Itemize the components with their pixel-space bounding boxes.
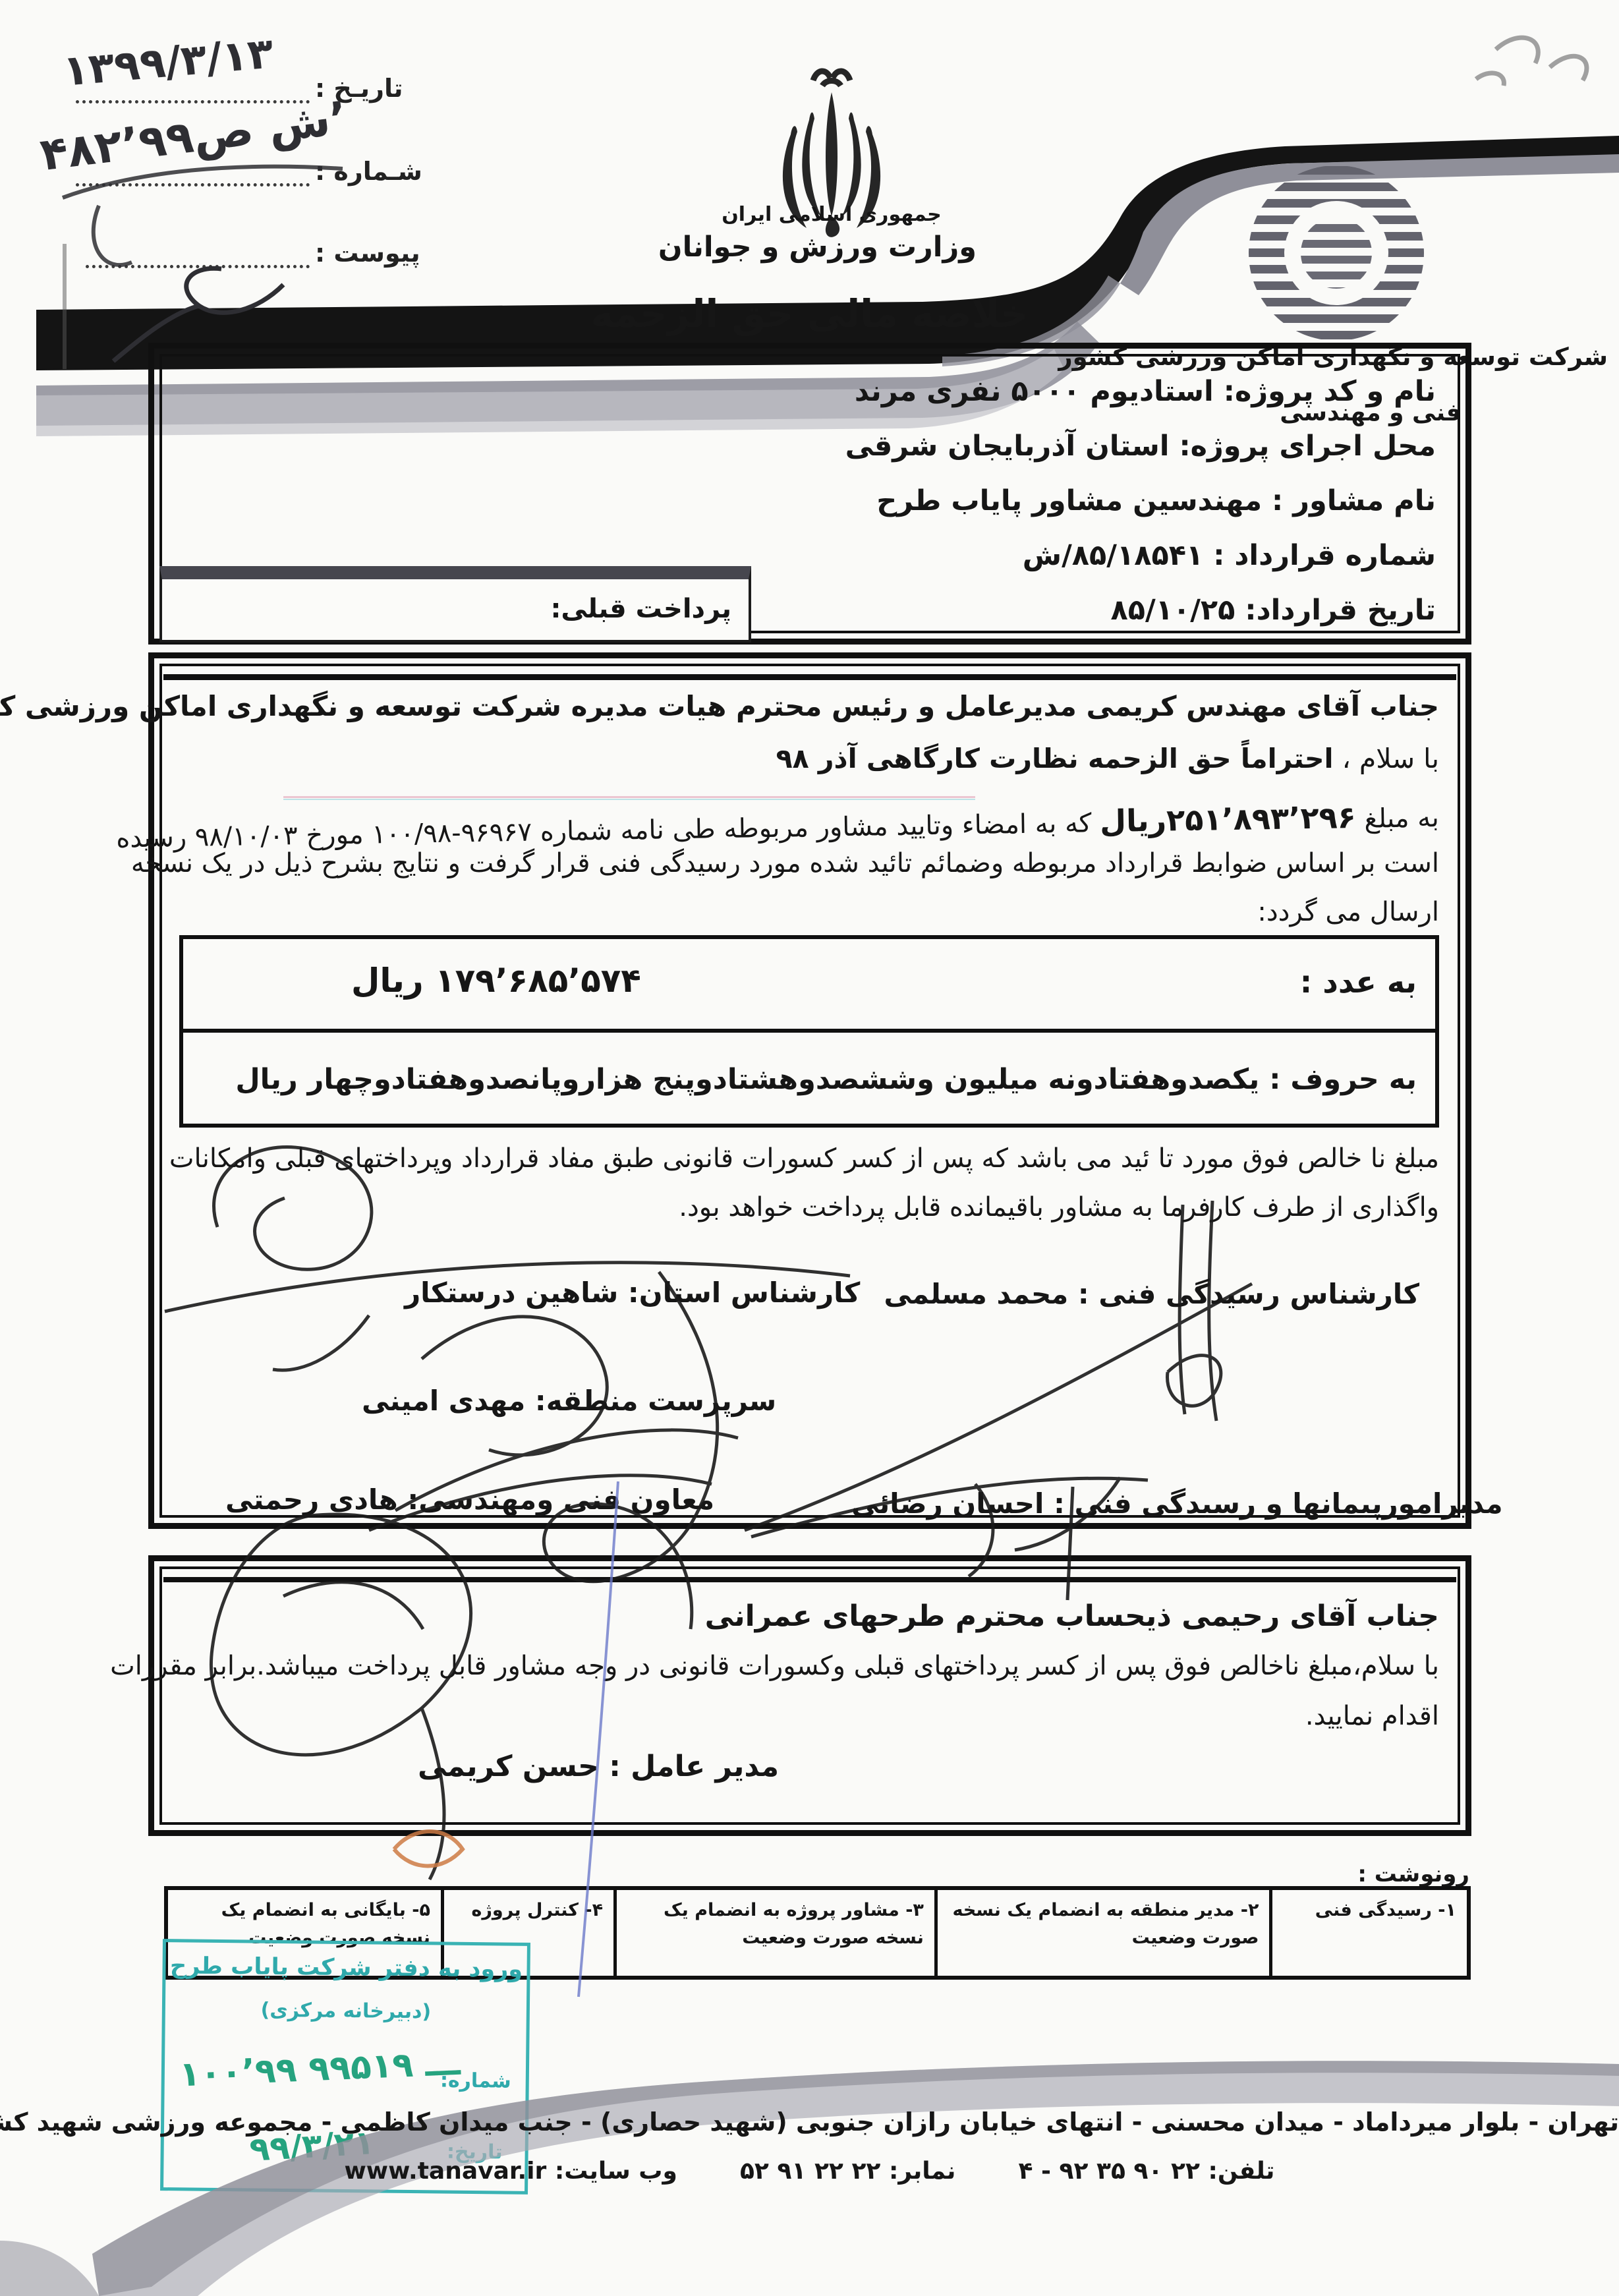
- dist-cell-3: ۳- مشاور پروژه به انضمام یک نسخه صورت وض…: [613, 1890, 934, 1976]
- payorder-addressee: جناب آقای رحیمی ذیحساب محترم طرحهای عمرا…: [705, 1599, 1439, 1633]
- amount-numeric-label: به عدد :: [1300, 964, 1417, 1000]
- stamp-line1: ورود به دفتر شرکت پایاب طرح: [165, 1953, 526, 1983]
- footer-address: تهران - بلوار میرداماد - میدان محسنی - ا…: [0, 2108, 1619, 2137]
- amount-numeric-value: ۱۷۹٬۶۸۵٬۵۷۴ ریال: [351, 961, 641, 1000]
- gross-amount-number: ۲۵۱٬۸۹۳٬۲۹۶ریال: [1100, 799, 1356, 839]
- footer-web-label: وب سایت:: [555, 2158, 677, 2185]
- stamp-line2: (دبیرخانه مرکزی): [165, 1997, 526, 2024]
- signature-label-deputy-engineering: معاون فنی ومهندسی: هادی رحمتی: [225, 1483, 714, 1516]
- letter-amount-line: به مبلغ ۲۵۱٬۸۹۳٬۲۹۶ریال که به امضاء وتای…: [116, 798, 1439, 855]
- contract-number-line: شماره قرارداد : ۸۵/۱۸۵۴۱/ش: [1023, 539, 1436, 572]
- signature-label-region-supervisor: سرپرست منطقه: مهدی امینی: [362, 1385, 776, 1417]
- project-location-line: محل اجرای پروژه: استان آذربایجان شرقی: [845, 430, 1436, 463]
- contract-date-line: تاریخ قرارداد: ۸۵/۱۰/۲۵: [1111, 594, 1436, 627]
- footer-fax-value: ۲۲ ۲۲ ۹۱ ۵۲: [740, 2158, 880, 2185]
- amount-words-row: به حروف : یکصدوهفتادونه میلیون وششصدوهشت…: [183, 1037, 1435, 1124]
- amount-table: به عدد : ۱۷۹٬۶۸۵٬۵۷۴ ریال به حروف : یکصد…: [179, 935, 1439, 1128]
- dist-cell-1: ۱- رسیدگی فنی: [1269, 1890, 1467, 1976]
- signature-label-technical-review: کارشناس رسیدگی فنی : محمد مسلمی: [884, 1278, 1419, 1310]
- amount-line-pre: به مبلغ: [1356, 803, 1440, 834]
- footer-contacts: تلفن: ۲۲ ۹۰ ۳۵ ۹۲ - ۴ نمابر: ۲۲ ۲۲ ۹۱ ۵۲…: [0, 2158, 1619, 2185]
- previous-payment-label: پرداخت قبلی:: [550, 594, 731, 624]
- box-top-rule: [163, 674, 1456, 680]
- distribution-label: رونوشت :: [1344, 1861, 1469, 1887]
- fee-letter-box: جناب آقای مهندس کریمی مدیرعامل و رئیس مح…: [148, 652, 1471, 1529]
- stamp-number-value: ۱۰۰٬۹۹ ـــ ۹۹۵۱۹: [179, 2044, 461, 2095]
- dist-cell-2: ۲- مدیر منطقه به انضمام یک نسخه صورت وضع…: [934, 1890, 1270, 1976]
- letter-subject-line: با سلام ، احتراماً حق الزحمه نظارت کارگا…: [776, 743, 1439, 774]
- amount-numeric-row: به عدد : ۱۷۹٬۶۸۵٬۵۷۴ ریال: [183, 939, 1435, 1033]
- letter-addressee-line: جناب آقای مهندس کریمی مدیرعامل و رئیس مح…: [0, 690, 1439, 722]
- letter-body-line: است بر اساس ضوابط قرارداد مربوطه وضمائم …: [131, 848, 1439, 878]
- net-note-line1: مبلغ نا خالص فوق مورد تا ئید می باشد که …: [169, 1143, 1439, 1174]
- project-info-box: نام و کد پروژه: استادیوم ۵۰۰۰ نفری مرند …: [148, 343, 1471, 645]
- payorder-body-line2: اقدام نمایید.: [1305, 1701, 1439, 1731]
- project-name-line: نام و کد پروژه: استادیوم ۵۰۰۰ نفری مرند: [855, 375, 1436, 408]
- box-top-rule2: [163, 1577, 1456, 1582]
- project-consultant-line: نام مشاور : مهندسین مشاور پایاب طرح: [876, 484, 1436, 517]
- footer-web-value: www.tanavar.ir: [345, 2158, 547, 2185]
- footer-fax-label: نمابر:: [889, 2158, 955, 2185]
- signature-label-province-expert: کارشناس استان: شاهین درستکار: [405, 1277, 860, 1309]
- net-note-line2: واگذاری از طرف کارفرما به مشاور باقیماند…: [679, 1192, 1439, 1222]
- scanned-letter-page: ۱۳۹۹/۳/۱۳ تاريـخ : ۴۸۲٬۹۹٬ش ص شـماره : پ…: [0, 0, 1619, 2296]
- amount-words-value: به حروف : یکصدوهفتادونه میلیون وششصدوهشت…: [235, 1063, 1417, 1096]
- page-title: خلاصه مالی حق الزحمه: [591, 291, 1028, 336]
- incoming-stamp: ورود به دفتر شرکت پایاب طرح (دبیرخانه مر…: [160, 1939, 530, 2195]
- signature-label-contracts-manager: مدیرامورپیمانها و رسیدگی فنی : احسان رضا…: [851, 1487, 1503, 1520]
- subject-bold-text: احتراماً حق الزحمه نظارت کارگاهی آذر ۹۸: [776, 743, 1334, 774]
- previous-payment-box: پرداخت قبلی:: [159, 566, 751, 643]
- letter-closing-line: ارسال می گردد:: [1257, 897, 1439, 927]
- footer-phone-label: تلفن:: [1208, 2158, 1275, 2185]
- payorder-body-line1: با سلام،مبلغ ناخالص فوق پس از کسر پرداخت…: [110, 1651, 1439, 1681]
- footer-phone-value: ۲۲ ۹۰ ۳۵ ۹۲ - ۴: [1019, 2158, 1200, 2185]
- salutation-text: با سلام ،: [1334, 743, 1439, 774]
- amount-line-post: که به امضاء وتایید مشاور مربوطه طی نامه …: [116, 808, 1100, 853]
- payment-order-box: جناب آقای رحیمی ذیحساب محترم طرحهای عمرا…: [148, 1555, 1471, 1836]
- managing-director-label: مدیر عامل : حسن کریمی: [418, 1750, 779, 1783]
